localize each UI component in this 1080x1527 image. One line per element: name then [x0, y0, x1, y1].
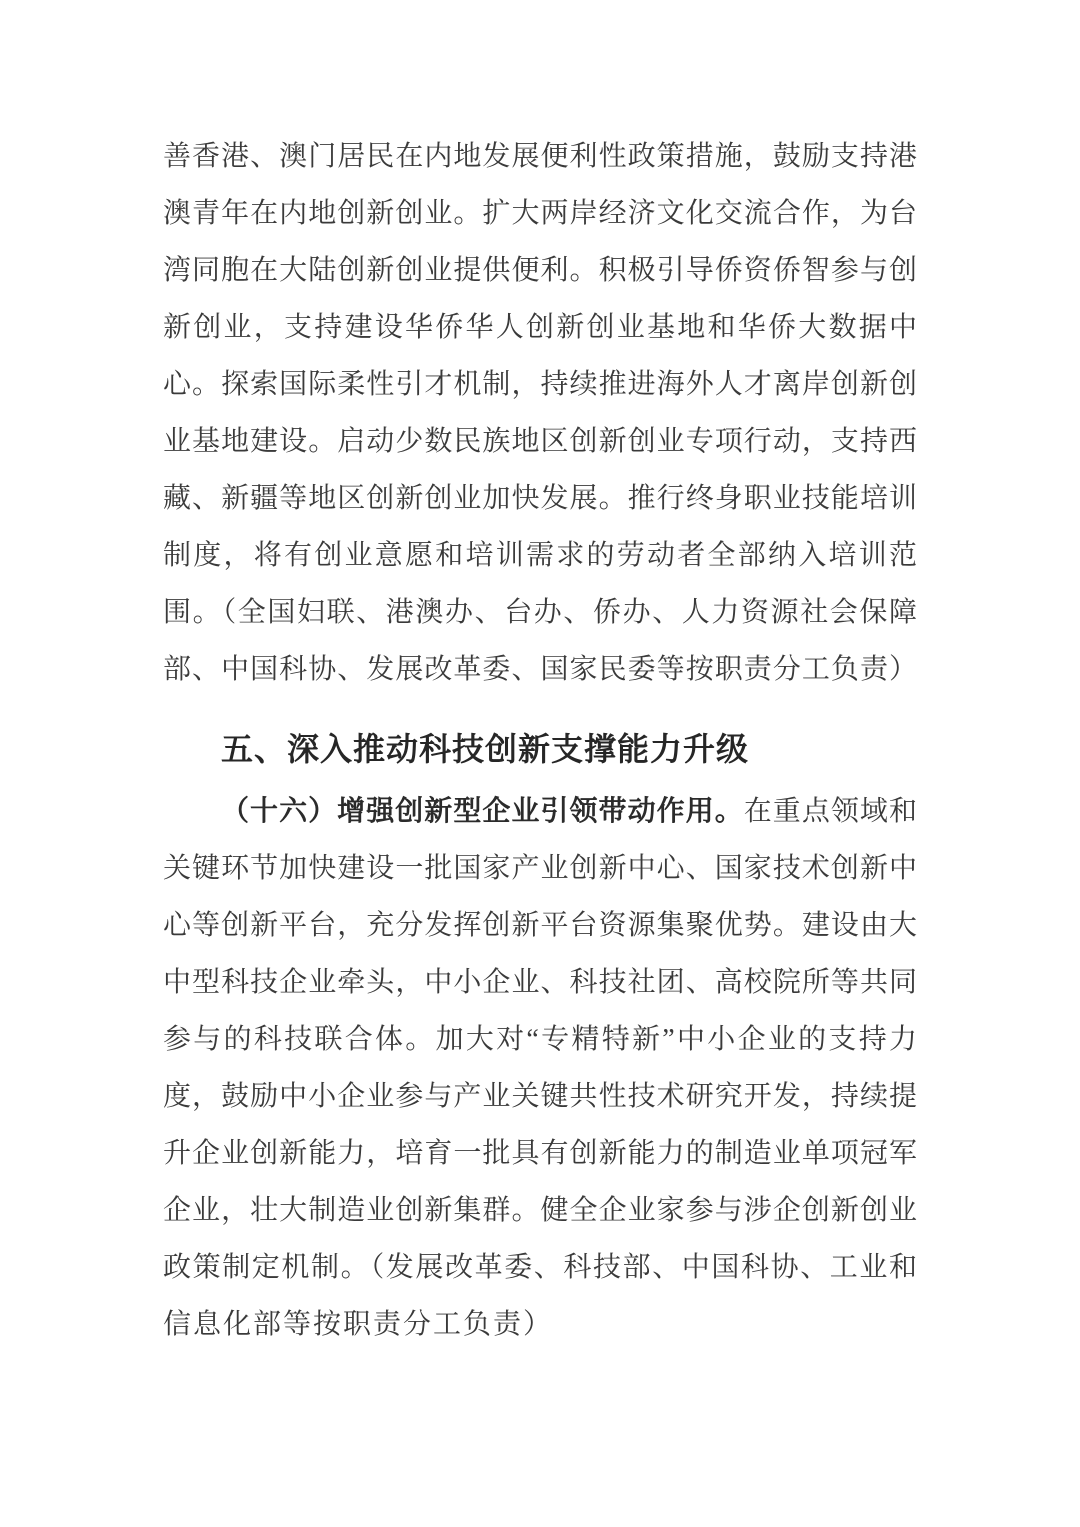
text-line: 企业，壮大制造业创新集群。健全企业家参与涉企创新创业	[163, 1182, 917, 1239]
text-line: 制度，将有创业意愿和培训需求的劳动者全部纳入培训范	[163, 527, 917, 584]
text-line: 政策制定机制。（发展改革委、科技部、中国科协、工业和	[163, 1239, 917, 1296]
text-line: 度，鼓励中小企业参与产业关键共性技术研究开发，持续提	[163, 1068, 917, 1125]
text-line: 新创业，支持建设华侨华人创新创业基地和华侨大数据中	[163, 299, 917, 356]
text-line: 关键环节加快建设一批国家产业创新中心、国家技术创新中	[163, 840, 917, 897]
text-line: 围。（全国妇联、港澳办、台办、侨办、人力资源社会保障	[163, 584, 917, 641]
clause-first-line: （十六）增强创新型企业引领带动作用。在重点领域和	[163, 783, 917, 840]
text-line: 澳青年在内地创新创业。扩大两岸经济文化交流合作，为台	[163, 185, 917, 242]
paragraph-clause-16: （十六）增强创新型企业引领带动作用。在重点领域和 关键环节加快建设一批国家产业创…	[163, 783, 917, 1353]
text-line: 湾同胞在大陆创新创业提供便利。积极引导侨资侨智参与创	[163, 242, 917, 299]
text-line: 藏、新疆等地区创新创业加快发展。推行终身职业技能培训	[163, 470, 917, 527]
text-line-paragraph-end: 信息化部等按职责分工负责）	[163, 1296, 917, 1353]
paragraph-continuation: 善香港、澳门居民在内地发展便利性政策措施，鼓励支持港 澳青年在内地创新创业。扩大…	[163, 128, 917, 698]
text-line: 心。探索国际柔性引才机制，持续推进海外人才离岸创新创	[163, 356, 917, 413]
document-body: 善香港、澳门居民在内地发展便利性政策措施，鼓励支持港 澳青年在内地创新创业。扩大…	[163, 0, 917, 1353]
text-line: 心等创新平台，充分发挥创新平台资源集聚优势。建设由大	[163, 897, 917, 954]
text-line: 业基地建设。启动少数民族地区创新创业专项行动，支持西	[163, 413, 917, 470]
clause-title-bold: （十六）增强创新型企业引领带动作用。	[221, 796, 744, 827]
text-line: 升企业创新能力，培育一批具有创新能力的制造业单项冠军	[163, 1125, 917, 1182]
text-line: 部、中国科协、发展改革委、国家民委等按职责分工负责）	[163, 641, 917, 698]
text-line: 善香港、澳门居民在内地发展便利性政策措施，鼓励支持港	[163, 128, 917, 185]
text-line: 参与的科技联合体。加大对“专精特新”中小企业的支持力	[163, 1011, 917, 1068]
clause-first-line-rest: 在重点领域和	[744, 796, 917, 827]
document-page: 善香港、澳门居民在内地发展便利性政策措施，鼓励支持港 澳青年在内地创新创业。扩大…	[0, 0, 1080, 1527]
section-heading: 五、深入推动科技创新支撑能力升级	[163, 721, 917, 778]
text-line: 中型科技企业牵头，中小企业、科技社团、高校院所等共同	[163, 954, 917, 1011]
